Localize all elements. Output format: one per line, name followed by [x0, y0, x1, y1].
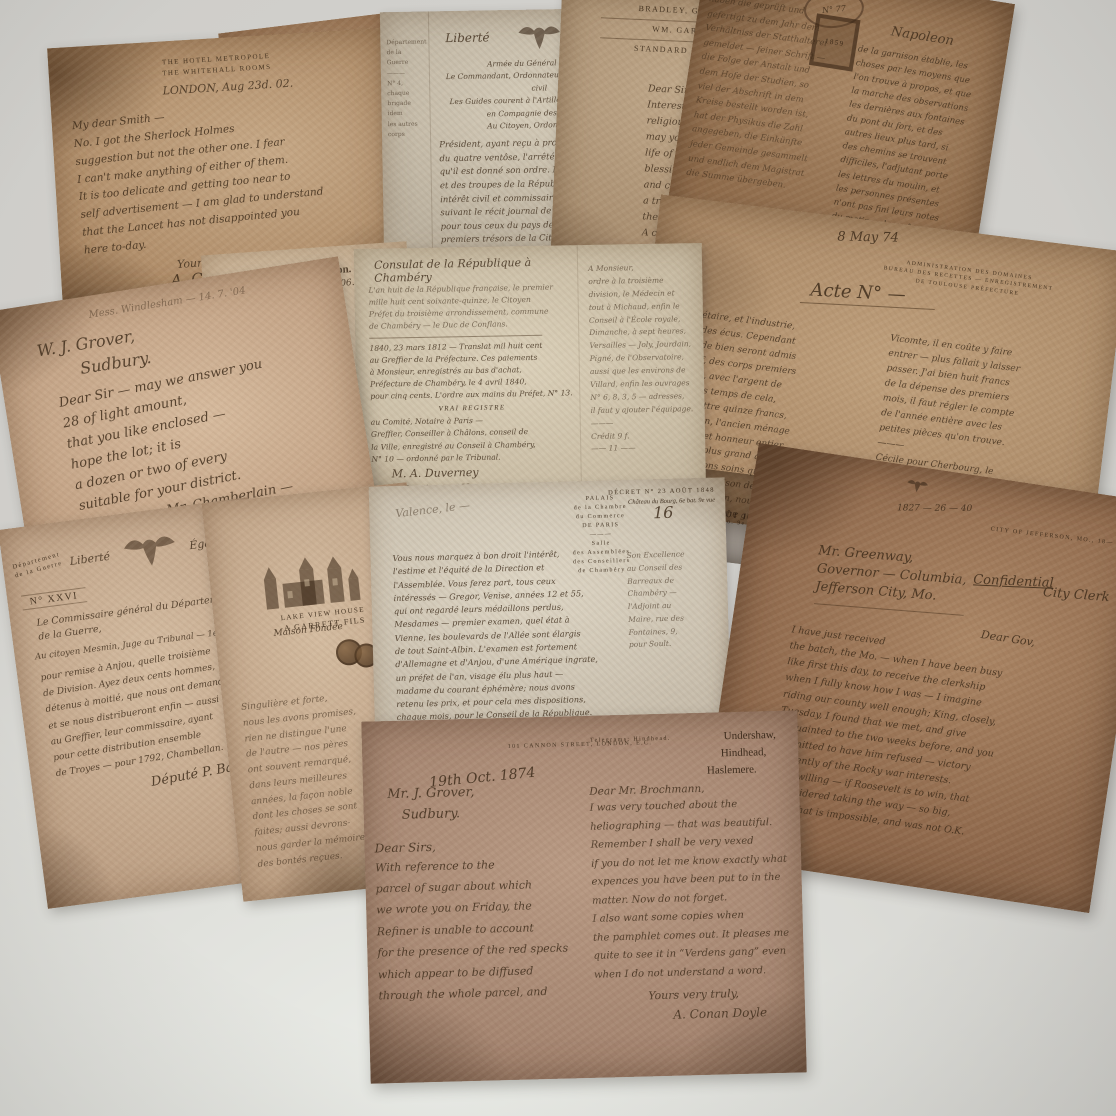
paper-consulat-chambery: Consulat de la République à Chambéry L'a…: [354, 243, 707, 512]
recipient-block: Mr. J. Grover, Sudbury.: [387, 780, 570, 826]
hand-line: il faut y ajouter l'équipage.: [590, 403, 698, 418]
dateline: 8 May 74: [837, 230, 899, 246]
hand-line: through the whole parcel, and: [378, 981, 574, 1008]
telegrams-line: Hindhead.: [633, 736, 671, 743]
document-number: N° XXVI: [21, 587, 87, 610]
name-script: M. A. Duverney: [392, 464, 575, 480]
margin-caption: Département de la Guerre: [12, 550, 64, 581]
margin-column: Département de la Guerre ——— N° 4, chaqu…: [380, 11, 433, 259]
closing: Yours very truly,: [594, 986, 792, 1004]
photo-of-vintage-letter-papers: It is the war to regret that he has been…: [0, 0, 1116, 1116]
right-column: Son Excellence au Conseil des Barreaux d…: [626, 548, 715, 652]
left-column: Mr. J. Grover, Sudbury. Dear Sirs, With …: [373, 780, 575, 1029]
folio-number: 16: [653, 503, 674, 523]
margin-line: idem: [388, 109, 428, 120]
telegrams-line: Telegrams:: [590, 737, 631, 744]
sub-block: L'an huit de la République française, le…: [368, 281, 572, 333]
right-column: Dear Mr. Brochmann, I was very touched a…: [589, 775, 793, 1024]
hand-line: N° 10 — ordonné par le Tribunal.: [371, 450, 574, 466]
letter-body: My dear Smith — No. I got the Sherlock H…: [48, 78, 397, 262]
paper-decret-1848: DÉCRET N° 23 AOÛT 1848 Château du Bourg,…: [369, 477, 732, 746]
hand-line: de Chambéry — le Duc de Conflans.: [369, 318, 572, 334]
hand-line: pour Soult.: [629, 637, 715, 652]
document-title: Consulat de la République à Chambéry: [374, 255, 571, 284]
margin-line: ———: [387, 68, 427, 79]
hand-line: —— 11 ——: [591, 442, 699, 457]
margin-line: corps: [388, 129, 428, 140]
recipient-line: Sudbury.: [402, 801, 570, 826]
motto-liberte: Liberté: [69, 549, 111, 567]
hand-line: pour cinq cents. L'ordre aux mains du Pr…: [370, 387, 573, 403]
registre-caption: VRAI REGISTRE: [430, 404, 513, 413]
divider: [369, 334, 542, 338]
margin-line: les autres: [388, 119, 428, 130]
margin-line: Département: [386, 37, 426, 48]
margin-line: brigade: [387, 99, 427, 110]
eagle-crest-icon: [115, 526, 184, 574]
eagle-crest-icon: [513, 19, 566, 54]
margin-line: de la: [386, 48, 426, 59]
motto-liberte: Liberté: [445, 30, 489, 45]
address-line: Haslemere.: [707, 762, 757, 780]
mid-block: 1840, 23 mars 1812 — Translat mil huit c…: [369, 339, 573, 403]
letter-body-right: I was very touched about the heliographi…: [589, 795, 792, 985]
margin-line: N° 4,: [387, 78, 427, 89]
margin-line: Guerre: [387, 58, 427, 69]
signature: A. Conan Doyle: [595, 1005, 767, 1023]
second-block: au Comité, Notaire à Paris — Greffier, C…: [371, 414, 575, 466]
right-column: A Monsieur, ordre à la troisième divisio…: [577, 243, 707, 508]
manuscript-left-column: haben die geprüft und gefertigt zu dem J…: [681, 0, 847, 233]
paper-undershaw-letter: 101 CANNON STREET, LONDON, E.C. Telegram…: [361, 710, 806, 1083]
margin-line: chaque: [387, 88, 427, 99]
letter-body-left: With reference to the parcel of sugar ab…: [375, 852, 575, 1007]
